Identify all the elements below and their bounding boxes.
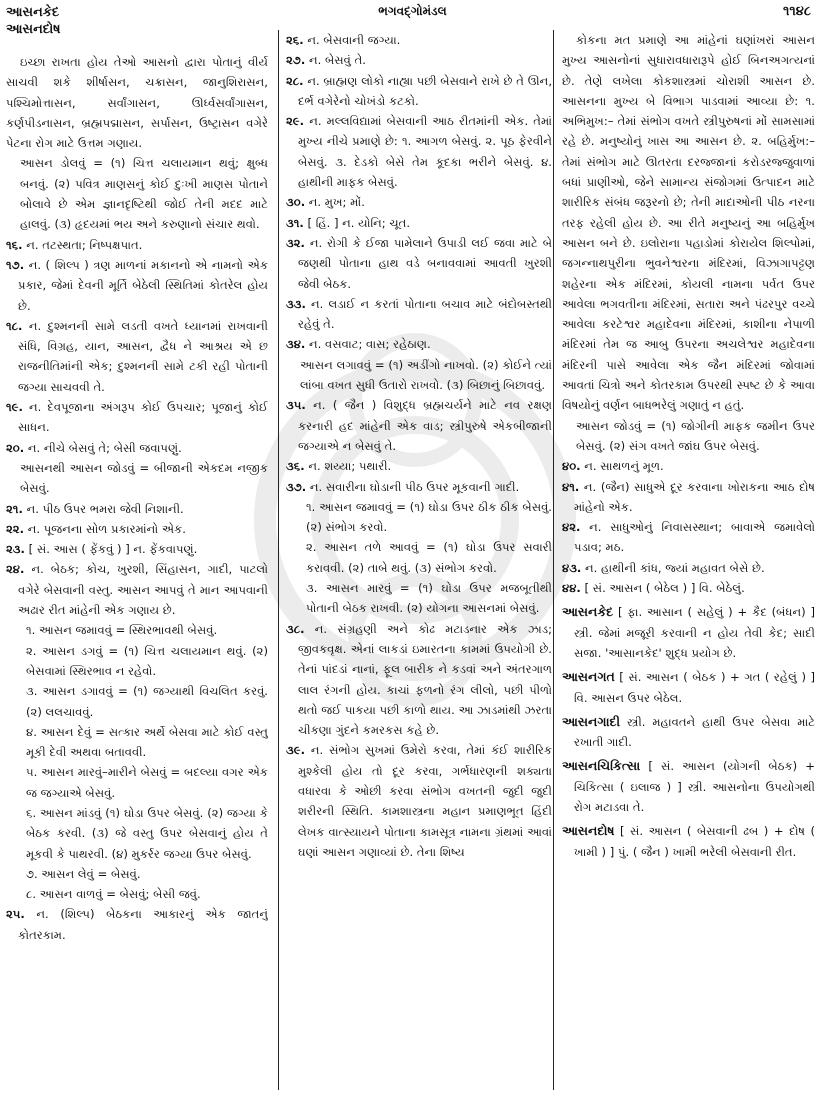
sense-number: ૨૧.: [6, 502, 23, 516]
headword: આસનકેદ: [562, 604, 613, 619]
sense-text: ન. નીચે બેસવું તે; બેસી જવાપણું.: [28, 441, 182, 455]
sense-text: ન. દેવપૂજાના અંગરૂપ કોઈ ઉપચાર; પૂજાનું ક…: [18, 400, 268, 434]
sense-text: ન. શય્યા; પથારી.: [308, 459, 391, 473]
page-number: ૧૧૪૮: [783, 4, 811, 19]
sense-number: ૪૧.: [562, 480, 579, 494]
sense-entry: ૧૯. ન. દેવપૂજાના અંગરૂપ કોઈ ઉપચાર; પૂજાન…: [6, 397, 268, 438]
idiom-subentry: ૫. આસન મારવું–મારીને બેસવું = બદલ્યા વગર…: [6, 762, 268, 803]
column-right: કોકના મત પ્રમાણે આ માંહેનાં ઘણાંખરાં આસન…: [553, 30, 825, 1090]
idiom-subentry: ૩. આસન મારવું = (૧) ઘોડા ઉપર મજબૂતીથી પો…: [286, 578, 552, 619]
sense-entry: ૩૫. ન. ( જૈન ) વિશુદ્ધ બ્રહ્મચર્યને માટે…: [286, 395, 552, 456]
headword: આસનચિકિત્સા: [562, 758, 640, 773]
sense-number: ૨૮.: [286, 74, 304, 88]
sense-number: ૨૦.: [6, 441, 24, 455]
sense-text: ન. સંભોગ સુખમાં ઉમેરો કરવા, તેમાં કંઈ શા…: [298, 743, 552, 858]
sense-number: ૪૪.: [562, 581, 581, 595]
sense-entry: ૧૬. ન. તટસ્થતા; નિષ્પક્ષપાત.: [6, 235, 268, 255]
idiom-subentry: ૮. આસન વાળવું = બેસવું; બેસી જવું.: [6, 884, 268, 904]
sense-entry: ૨૧. ન. પીઠ ઉપર ભમરા જેવી નિશાની.: [6, 499, 268, 519]
page-header: આસનકેદ આસનદોષ ભગવદ્ગોમંડલ ૧૧૪૮: [0, 4, 825, 26]
sense-number: ૨૬.: [286, 33, 304, 47]
idiom-block: આસનથી આસન જોડવું = બીજાની એકદમ નજીક બેસવ…: [6, 458, 268, 499]
column-left: ઇચ્છા રાખતા હોય તેઓ આસનો દ્વારા પોતાનું …: [6, 52, 268, 1092]
sense-entry: ૧૮. ન. દુશ્મનની સામે લડતી વખતે ધ્યાનમાં …: [6, 316, 268, 397]
sense-number: ૨૩.: [6, 542, 25, 556]
sense-text: ન. હાથીની કાંધ, જ્યાં મહાવત બેસે છે.: [585, 561, 765, 575]
sense-number: ૩૮.: [286, 622, 305, 636]
sense-text: ન. સાધુઓનું નિવાસસ્થાન; બાવાએ જમાવેલો પડ…: [574, 520, 815, 554]
sense-number: ૪૦.: [562, 459, 581, 473]
sense-entry: ૩૭. ન. સવારીના ઘોડાની પીઠ ઉપર મૂકવાની ગા…: [286, 477, 552, 497]
sense-entry: ૪૪. [ સં. આસન ( બેઠેલ ) ] વિ. બેઠેલું.: [562, 578, 815, 598]
idiom-subentry: ૨. આસન ડગવું = (૧) ચિત્ત ચલાયમાન થવું. (…: [6, 641, 268, 682]
sense-entry: ૨૭. ન. બેસવું તે.: [286, 50, 552, 70]
sense-entry: ૩૨. ન. રોગી કે ઈજા પામેલાને ઉપાડી લઈ જવા…: [286, 233, 552, 294]
sense-number: ૪૨.: [562, 520, 580, 534]
sense-text: ન. ( શિલ્પ ) ત્રણ માળનાં મકાનનો એ નામનો …: [18, 258, 268, 313]
continuation-paragraph: ઇચ્છા રાખતા હોય તેઓ આસનો દ્વારા પોતાનું …: [6, 52, 268, 153]
dictionary-columns: ઇચ્છા રાખતા હોય તેઓ આસનો દ્વારા પોતાનું …: [0, 30, 825, 1090]
sense-number: ૩૯.: [286, 743, 305, 757]
sense-number: ૩૫.: [286, 398, 306, 412]
idiom-subentry: ૨. આસન તળે આવવું = (૧) ઘોડા ઉપર સવારી કર…: [286, 537, 552, 578]
sense-text: ન. દુશ્મનની સામે લડતી વખતે ધ્યાનમાં રાખવ…: [18, 319, 268, 394]
sense-number: ૧૭.: [6, 258, 24, 272]
sense-text: ન. લડાઈ ન કરતાં પોતાના બચાવ માટે બંદોબસ્…: [298, 297, 552, 331]
sense-entry: ૧૭. ન. ( શિલ્પ ) ત્રણ માળનાં મકાનનો એ ના…: [6, 255, 268, 316]
sense-text: ન. (જૈન) સાધુએ દૂર કરવાના ખોરાકના આઠ દોષ…: [574, 480, 815, 514]
sense-entry: ૨૯. ન. મલ્લવિદ્યામાં બેસવાની આઠ રીતમાંની…: [286, 111, 552, 192]
idiom-block: આસન લગાવવું = (૧) અડીંગો નાખવો. (૨) કોઈન…: [286, 355, 552, 396]
sense-number: ૩૨.: [286, 236, 305, 250]
idiom-subentry: ૬. આસન માંડવું (૧) ઘોડા ઉપર બેસવું. (૨) …: [6, 803, 268, 864]
sense-number: ૩૦.: [286, 195, 305, 209]
sense-number: ૨૪.: [6, 562, 24, 576]
sense-text: ન. તટસ્થતા; નિષ્પક્ષપાત.: [26, 238, 142, 252]
headword-entry: આસનદોષ [ સં. આસન ( બેસવાની ઢબ ) + દોષ ( …: [562, 821, 815, 862]
sense-text: ન. મલ્લવિદ્યામાં બેસવાની આઠ રીતમાંની એક.…: [298, 114, 552, 189]
headword: આસનગાદી: [562, 714, 620, 729]
sense-number: ૨૭.: [286, 53, 305, 67]
sense-entry: ૩૮. ન. સંગ્રહણી અને કોઢ મટાડનાર એક ઝાડ; …: [286, 619, 552, 741]
sense-text: ન. સંગ્રહણી અને કોઢ મટાડનાર એક ઝાડ; જીવક…: [298, 622, 552, 737]
headword-entry: આસનગત [ સં. આસન ( બેઠક ) + ગત ( રહેલું )…: [562, 667, 815, 708]
idiom-subentry: ૩. આસન ડગાવવું = (૧) જગ્યાથી વિચલિત કરવુ…: [6, 681, 268, 722]
sense-text: ન. પૂજનના સોળ પ્રકારમાંનો એક.: [28, 522, 186, 536]
headword: આસનદોષ: [562, 823, 614, 838]
sense-number: ૩૧.: [286, 216, 304, 230]
sense-number: ૩૬.: [286, 459, 305, 473]
sense-entry: ૨૮. ન. બ્રાહ્મણ લોકો નાહ્યા પછી બેસવાને …: [286, 71, 552, 112]
idiom-subentry: ૪. આસન દેવું = સત્કાર અર્થે બેસવા માટે ક…: [6, 722, 268, 763]
headword: આસનગત: [562, 669, 615, 684]
sense-text: [ સં. આસન ( બેઠેલ ) ] વિ. બેઠેલું.: [584, 581, 744, 595]
sense-entry: ૩૧. [ હિં. ] ન. યોનિ; ચૂત.: [286, 213, 552, 233]
sense-entry: ૨૩. [ સં. આસ ( ફેંકવું ) ] ન. ફેંકવાપણું…: [6, 539, 268, 559]
headword-entry: આસનકેદ [ ફા. આસાન ( સહેલું ) + કૈદ (બંધન…: [562, 602, 815, 663]
sense-entry: ૩૦. ન. મુખ; મોં.: [286, 192, 552, 212]
sense-number: ૩૩.: [286, 297, 306, 311]
column-middle: ૨૬. ન. બેસવાની જગ્યા.૨૭. ન. બેસવું તે.૨૮…: [278, 30, 552, 1090]
sense-entry: ૩૯. ન. સંભોગ સુખમાં ઉમેરો કરવા, તેમાં કં…: [286, 740, 552, 862]
sense-number: ૩૪.: [286, 337, 305, 351]
headword-entry: આસનચિકિત્સા [ સં. આસન (યોગની બેઠક) + ચિક…: [562, 756, 815, 817]
sense-entry: ૩૬. ન. શય્યા; પથારી.: [286, 456, 552, 476]
sense-entry: ૨૨. ન. પૂજનના સોળ પ્રકારમાંનો એક.: [6, 519, 268, 539]
sense-number: ૨૨.: [6, 522, 24, 536]
sense-text: ન. વસવાટ; વાસ; રહેઠાણ.: [309, 337, 431, 351]
continuation-paragraph: કોકના મત પ્રમાણે આ માંહેનાં ઘણાંખરાં આસન…: [562, 30, 815, 416]
sense-entry: ૪૧. ન. (જૈન) સાધુએ દૂર કરવાના ખોરાકના આઠ…: [562, 477, 815, 518]
idiom-subentry: ૭. આસન લેવું = બેસવું.: [6, 864, 268, 884]
sense-entry: ૨૫. ન. (શિલ્પ) બેઠકના આકારનું એક જાતનું …: [6, 904, 268, 945]
sense-entry: ૩૪. ન. વસવાટ; વાસ; રહેઠાણ.: [286, 334, 552, 354]
sense-text: [ હિં. ] ન. યોનિ; ચૂત.: [308, 216, 411, 230]
idiom-subentry: ૧. આસન જમાવવું = સ્થિરભાવથી બેસવું.: [6, 620, 268, 640]
sense-entry: ૪૩. ન. હાથીની કાંધ, જ્યાં મહાવત બેસે છે.: [562, 558, 815, 578]
idiom-subentry: ૧. આસન જમાવવું = (૧) ઘોડા ઉપર ઠીક ઠીક બે…: [286, 497, 552, 538]
sense-text: ન. પીઠ ઉપર ભમરા જેવી નિશાની.: [27, 502, 184, 516]
sense-number: ૧૮.: [6, 319, 22, 333]
sense-entry: ૨૬. ન. બેસવાની જગ્યા.: [286, 30, 552, 50]
sense-entry: ૪૨. ન. સાધુઓનું નિવાસસ્થાન; બાવાએ જમાવેલ…: [562, 517, 815, 558]
sense-text: ન. બેઠક; કોચ, ખુરશી, સિંહાસન, ગાદી, પાટલ…: [18, 562, 268, 617]
sense-text: ન. બ્રાહ્મણ લોકો નાહ્યા પછી બેસવાને રાખે…: [298, 74, 552, 108]
sense-entry: ૨૦. ન. નીચે બેસવું તે; બેસી જવાપણું.: [6, 438, 268, 458]
sense-entry: ૩૩. ન. લડાઈ ન કરતાં પોતાના બચાવ માટે બંદ…: [286, 294, 552, 335]
sense-text: ન. સાથળનું મૂળ.: [584, 459, 663, 473]
sense-entry: ૪૦. ન. સાથળનું મૂળ.: [562, 456, 815, 476]
sense-number: ૪૩.: [562, 561, 581, 575]
sense-text: ન. સવારીના ઘોડાની પીઠ ઉપર મૂકવાની ગાદી.: [310, 480, 519, 494]
sense-number: ૧૯.: [6, 400, 23, 414]
sense-entry: ૨૪. ન. બેઠક; કોચ, ખુરશી, સિંહાસન, ગાદી, …: [6, 559, 268, 620]
sense-text: ન. (શિલ્પ) બેઠકના આકારનું એક જાતનું કોતર…: [18, 907, 268, 941]
sense-text: ન. બેસવાની જગ્યા.: [307, 33, 400, 47]
idiom-block: આસન જોડવું = (૧) જોગીની માફક જમીન ઉપર બે…: [562, 416, 815, 457]
sense-number: ૧૬.: [6, 238, 23, 252]
sense-text: ન. રોગી કે ઈજા પામેલાને ઉપાડી લઈ જવા માટ…: [298, 236, 552, 291]
sense-text: [ સં. આસ ( ફેંકવું ) ] ન. ફેંકવાપણું.: [29, 542, 198, 556]
idiom-block: આસન ડોલવું = (૧) ચિત્ત ચલાયમાન થવું; ક્ષ…: [6, 153, 268, 234]
book-title: ભગવદ્ગોમંડલ: [0, 4, 825, 19]
sense-text: ન. મુખ; મોં.: [309, 195, 365, 209]
headword-entry: આસનગાદી સ્ત્રી. મહાવતને હાથી ઉપર બેસવા મ…: [562, 712, 815, 753]
sense-number: ૨૫.: [6, 907, 25, 921]
sense-text: ન. ( જૈન ) વિશુદ્ધ બ્રહ્મચર્યને માટે નવ …: [298, 398, 552, 453]
sense-text: ન. બેસવું તે.: [309, 53, 366, 67]
sense-number: ૩૭.: [286, 480, 306, 494]
sense-number: ૨૯.: [286, 114, 304, 128]
